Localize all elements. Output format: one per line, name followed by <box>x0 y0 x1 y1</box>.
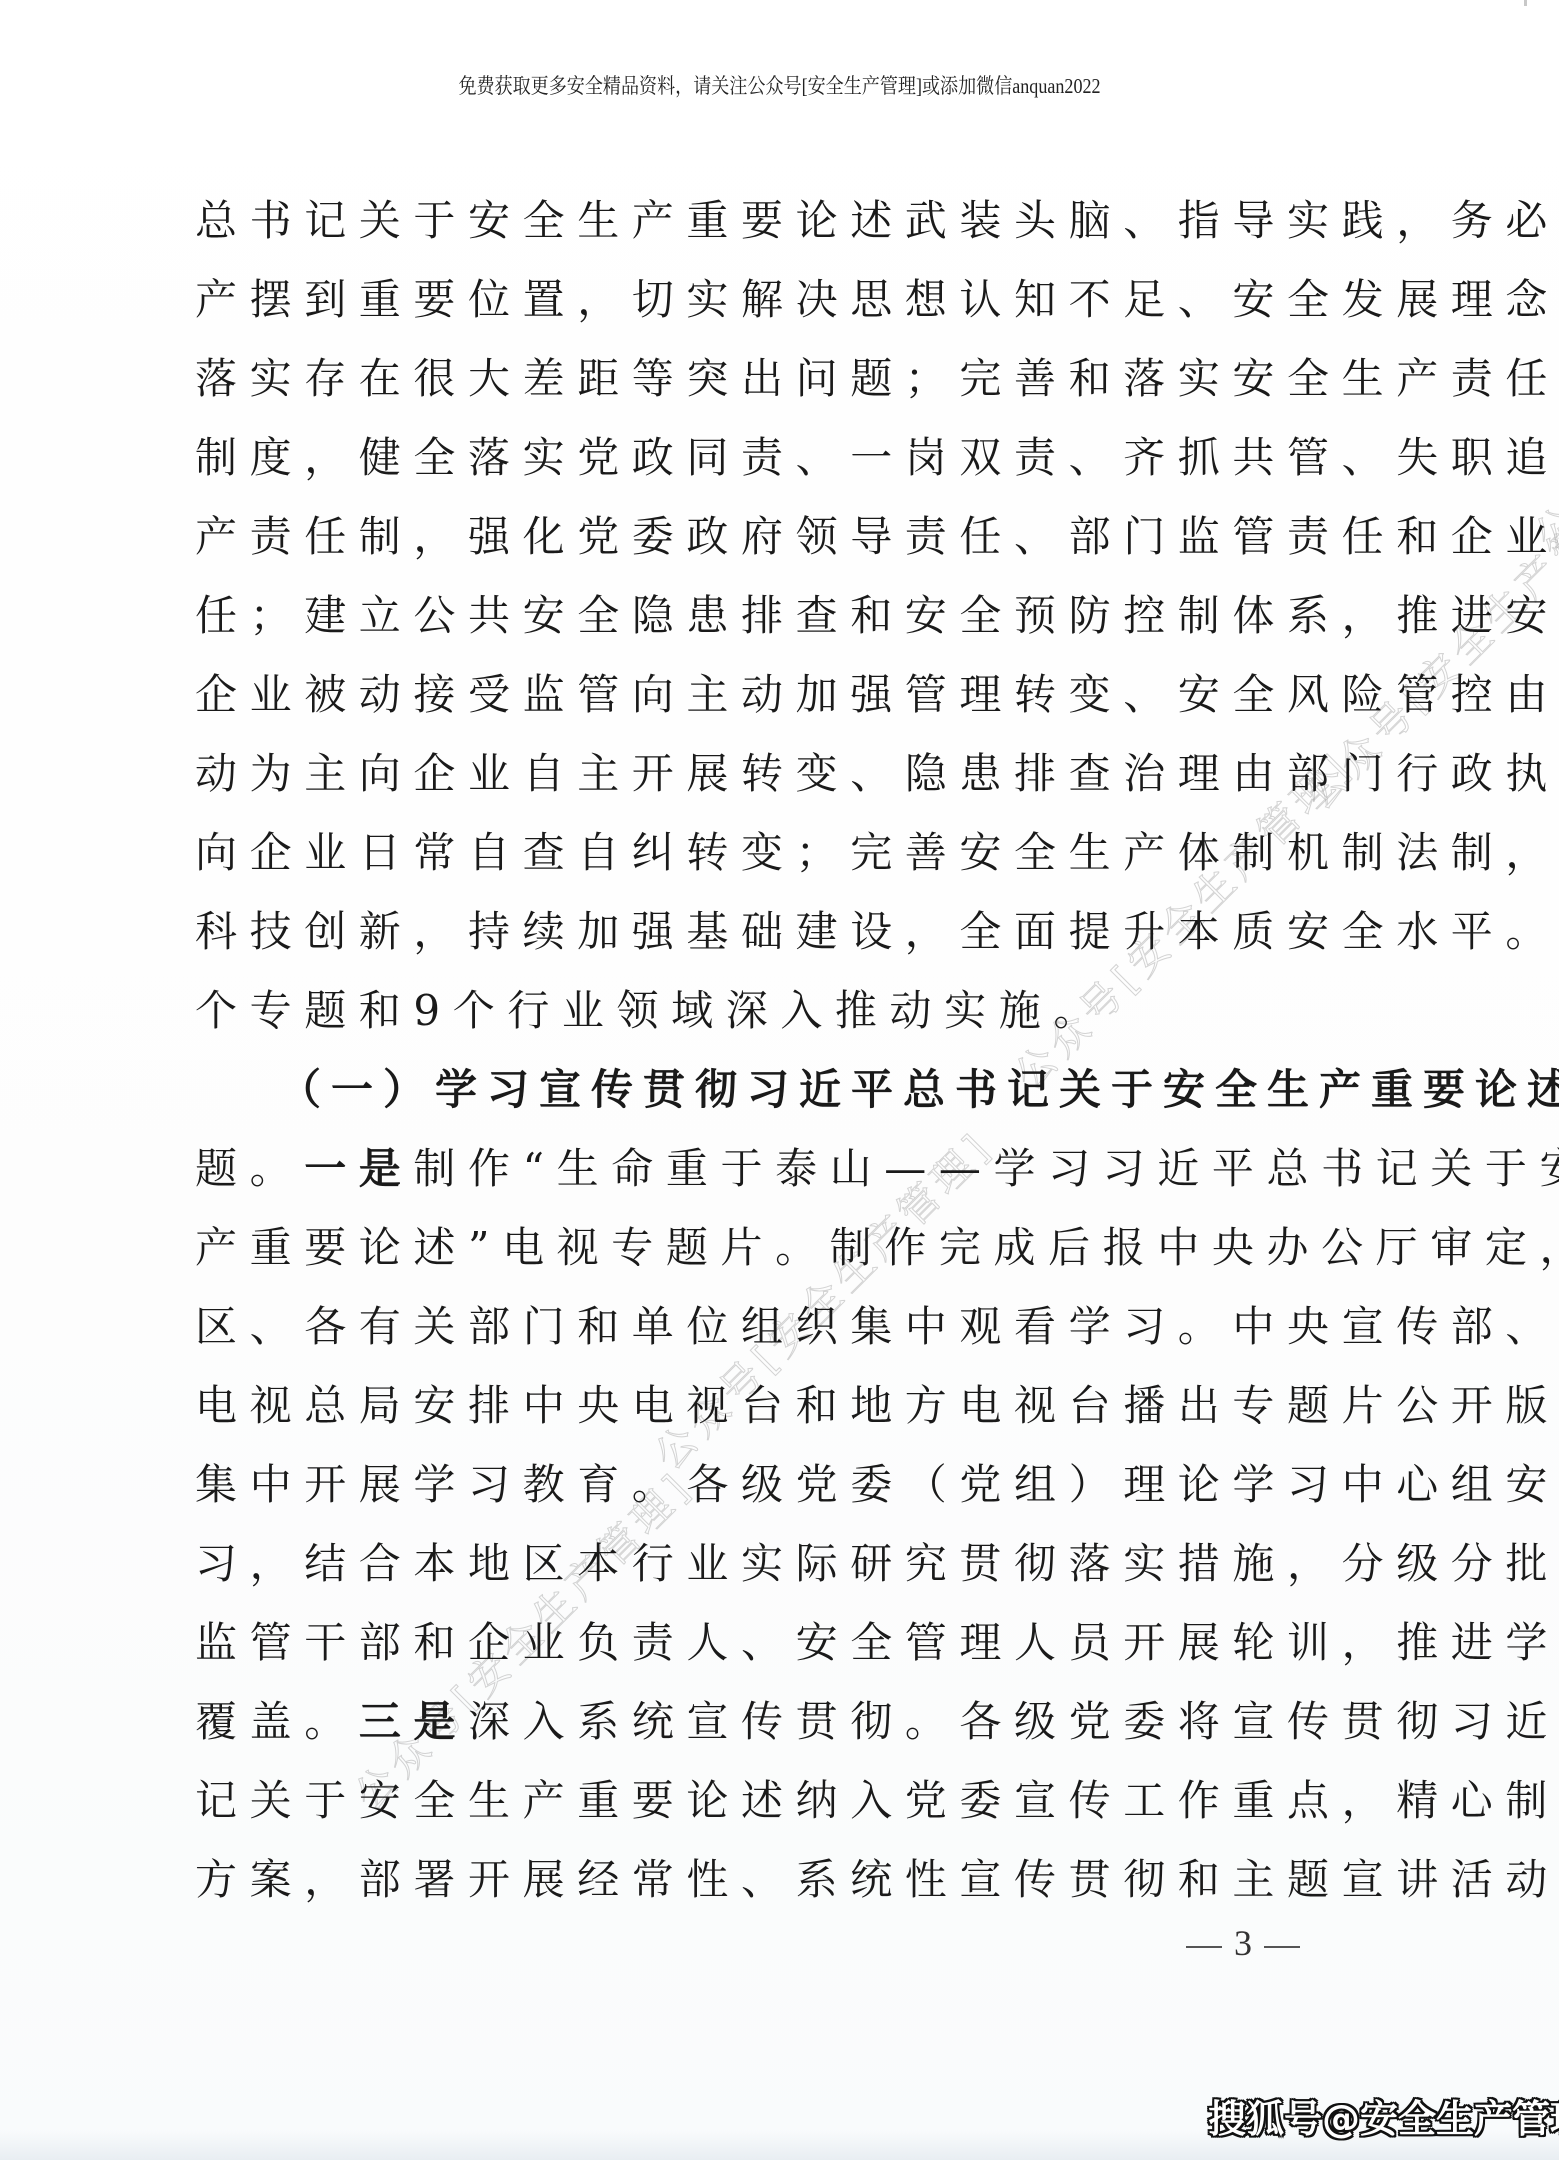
section-line: 区、各有关部门和单位组织集中观看学习。中央宣传部、国家广播 <box>195 1302 1359 1381</box>
section-line: 监管干部和企业负责人、安全管理人员开展轮训，推进学习教育全 <box>195 1618 1359 1697</box>
section-heading: （一）学习宣传贯彻习近平总书记关于安全生产重要论述专 <box>195 1065 1359 1144</box>
body-line: 企业被动接受监管向主动加强管理转变、安全风险管控由政府推 <box>195 670 1359 749</box>
section-text: 方案，部署开展经常性、系统性宣传贯彻和主题宣讲活动，形成集 <box>195 1855 1559 1904</box>
page-number: 3 <box>1168 1922 1318 1964</box>
section-line: 习，结合本地区本行业实际研究贯彻落实措施，分级分批组织安全 <box>195 1539 1359 1618</box>
section-text: 深入系统宣传贯彻。各级党委将宣传贯彻习近平总书 <box>468 1697 1559 1746</box>
section-text: 制作“生命重于泰山——学习习近平总书记关于安全生 <box>413 1144 1559 1193</box>
section-text: 集中开展学习教育。各级党委（党组）理论学习中心组安排专题学 <box>195 1460 1559 1509</box>
promo-header: 免费获取更多安全精品资料，请关注公众号[安全生产管理]或添加微信anquan20… <box>109 70 1450 100</box>
platform-watermark: 搜狐号@安全生产管理 <box>1208 2088 1559 2143</box>
section-text: 习，结合本地区本行业实际研究贯彻落实措施，分级分批组织安全 <box>195 1539 1559 1588</box>
section-text: 记关于安全生产重要论述纳入党委宣传工作重点，精心制定宣传 <box>195 1776 1559 1825</box>
section-line: 产重要论述”电视专题片。制作完成后报中央办公厅审定，发各地 <box>195 1223 1359 1302</box>
section-line: 电视总局安排中央电视台和地方电视台播出专题片公开版。二是 <box>195 1381 1359 1460</box>
bold-marker-first: 一是 <box>304 1144 413 1193</box>
bold-marker-third: 三是 <box>359 1697 468 1746</box>
body-line: 产责任制，强化党委政府领导责任、部门监管责任和企业主体责 <box>195 512 1359 591</box>
body-line: 科技创新，持续加强基础建设，全面提升本质安全水平。重点分2 <box>195 907 1359 986</box>
scan-edge-mark <box>1524 0 1527 6</box>
section-line: 记关于安全生产重要论述纳入党委宣传工作重点，精心制定宣传 <box>195 1776 1359 1855</box>
section-text: 电视总局安排中央电视台和地方电视台播出专题片公开版。 <box>195 1381 1559 1430</box>
dash-left <box>1186 1946 1222 1948</box>
body-line: 制度，健全落实党政同责、一岗双责、齐抓共管、失职追责的安全生 <box>195 433 1359 512</box>
section-text: 覆盖。 <box>195 1697 359 1746</box>
page-number-value: 3 <box>1234 1923 1252 1963</box>
document-page: 免费获取更多安全精品资料，请关注公众号[安全生产管理]或添加微信anquan20… <box>0 0 1559 2160</box>
body-line: 落实存在很大差距等突出问题；完善和落实安全生产责任和管理 <box>195 354 1359 433</box>
section-text: 区、各有关部门和单位组织集中观看学习。中央宣传部、国家广播 <box>195 1302 1559 1351</box>
section-line: 题。一是制作“生命重于泰山——学习习近平总书记关于安全生 <box>195 1144 1359 1223</box>
dash-right <box>1264 1946 1300 1948</box>
section-line: 集中开展学习教育。各级党委（党组）理论学习中心组安排专题学 <box>195 1460 1359 1539</box>
body-line: 任；建立公共安全隐患排查和安全预防控制体系，推进安全生产由 <box>195 591 1359 670</box>
document-body: 总书记关于安全生产重要论述武装头脑、指导实践，务必把安全生 产摆到重要位置，切实… <box>195 196 1359 1934</box>
section-line: 覆盖。三是深入系统宣传贯彻。各级党委将宣传贯彻习近平总书 <box>195 1697 1359 1776</box>
section-text: 题。 <box>195 1144 304 1193</box>
body-line: 总书记关于安全生产重要论述武装头脑、指导实践，务必把安全生 <box>195 196 1359 275</box>
body-line: 产摆到重要位置，切实解决思想认知不足、安全发展理念不牢和抓 <box>195 275 1359 354</box>
section-text: 产重要论述”电视专题片。制作完成后报中央办公厅审定，发各地 <box>195 1223 1559 1272</box>
body-line: 动为主向企业自主开展转变、隐患排查治理由部门行政执法为主 <box>195 749 1359 828</box>
body-line: 向企业日常自查自纠转变；完善安全生产体制机制法制，大力推动 <box>195 828 1359 907</box>
body-line: 个专题和9个行业领域深入推动实施。 <box>195 986 1359 1065</box>
section-text: 监管干部和企业负责人、安全管理人员开展轮训，推进学习教育全 <box>195 1618 1559 1667</box>
